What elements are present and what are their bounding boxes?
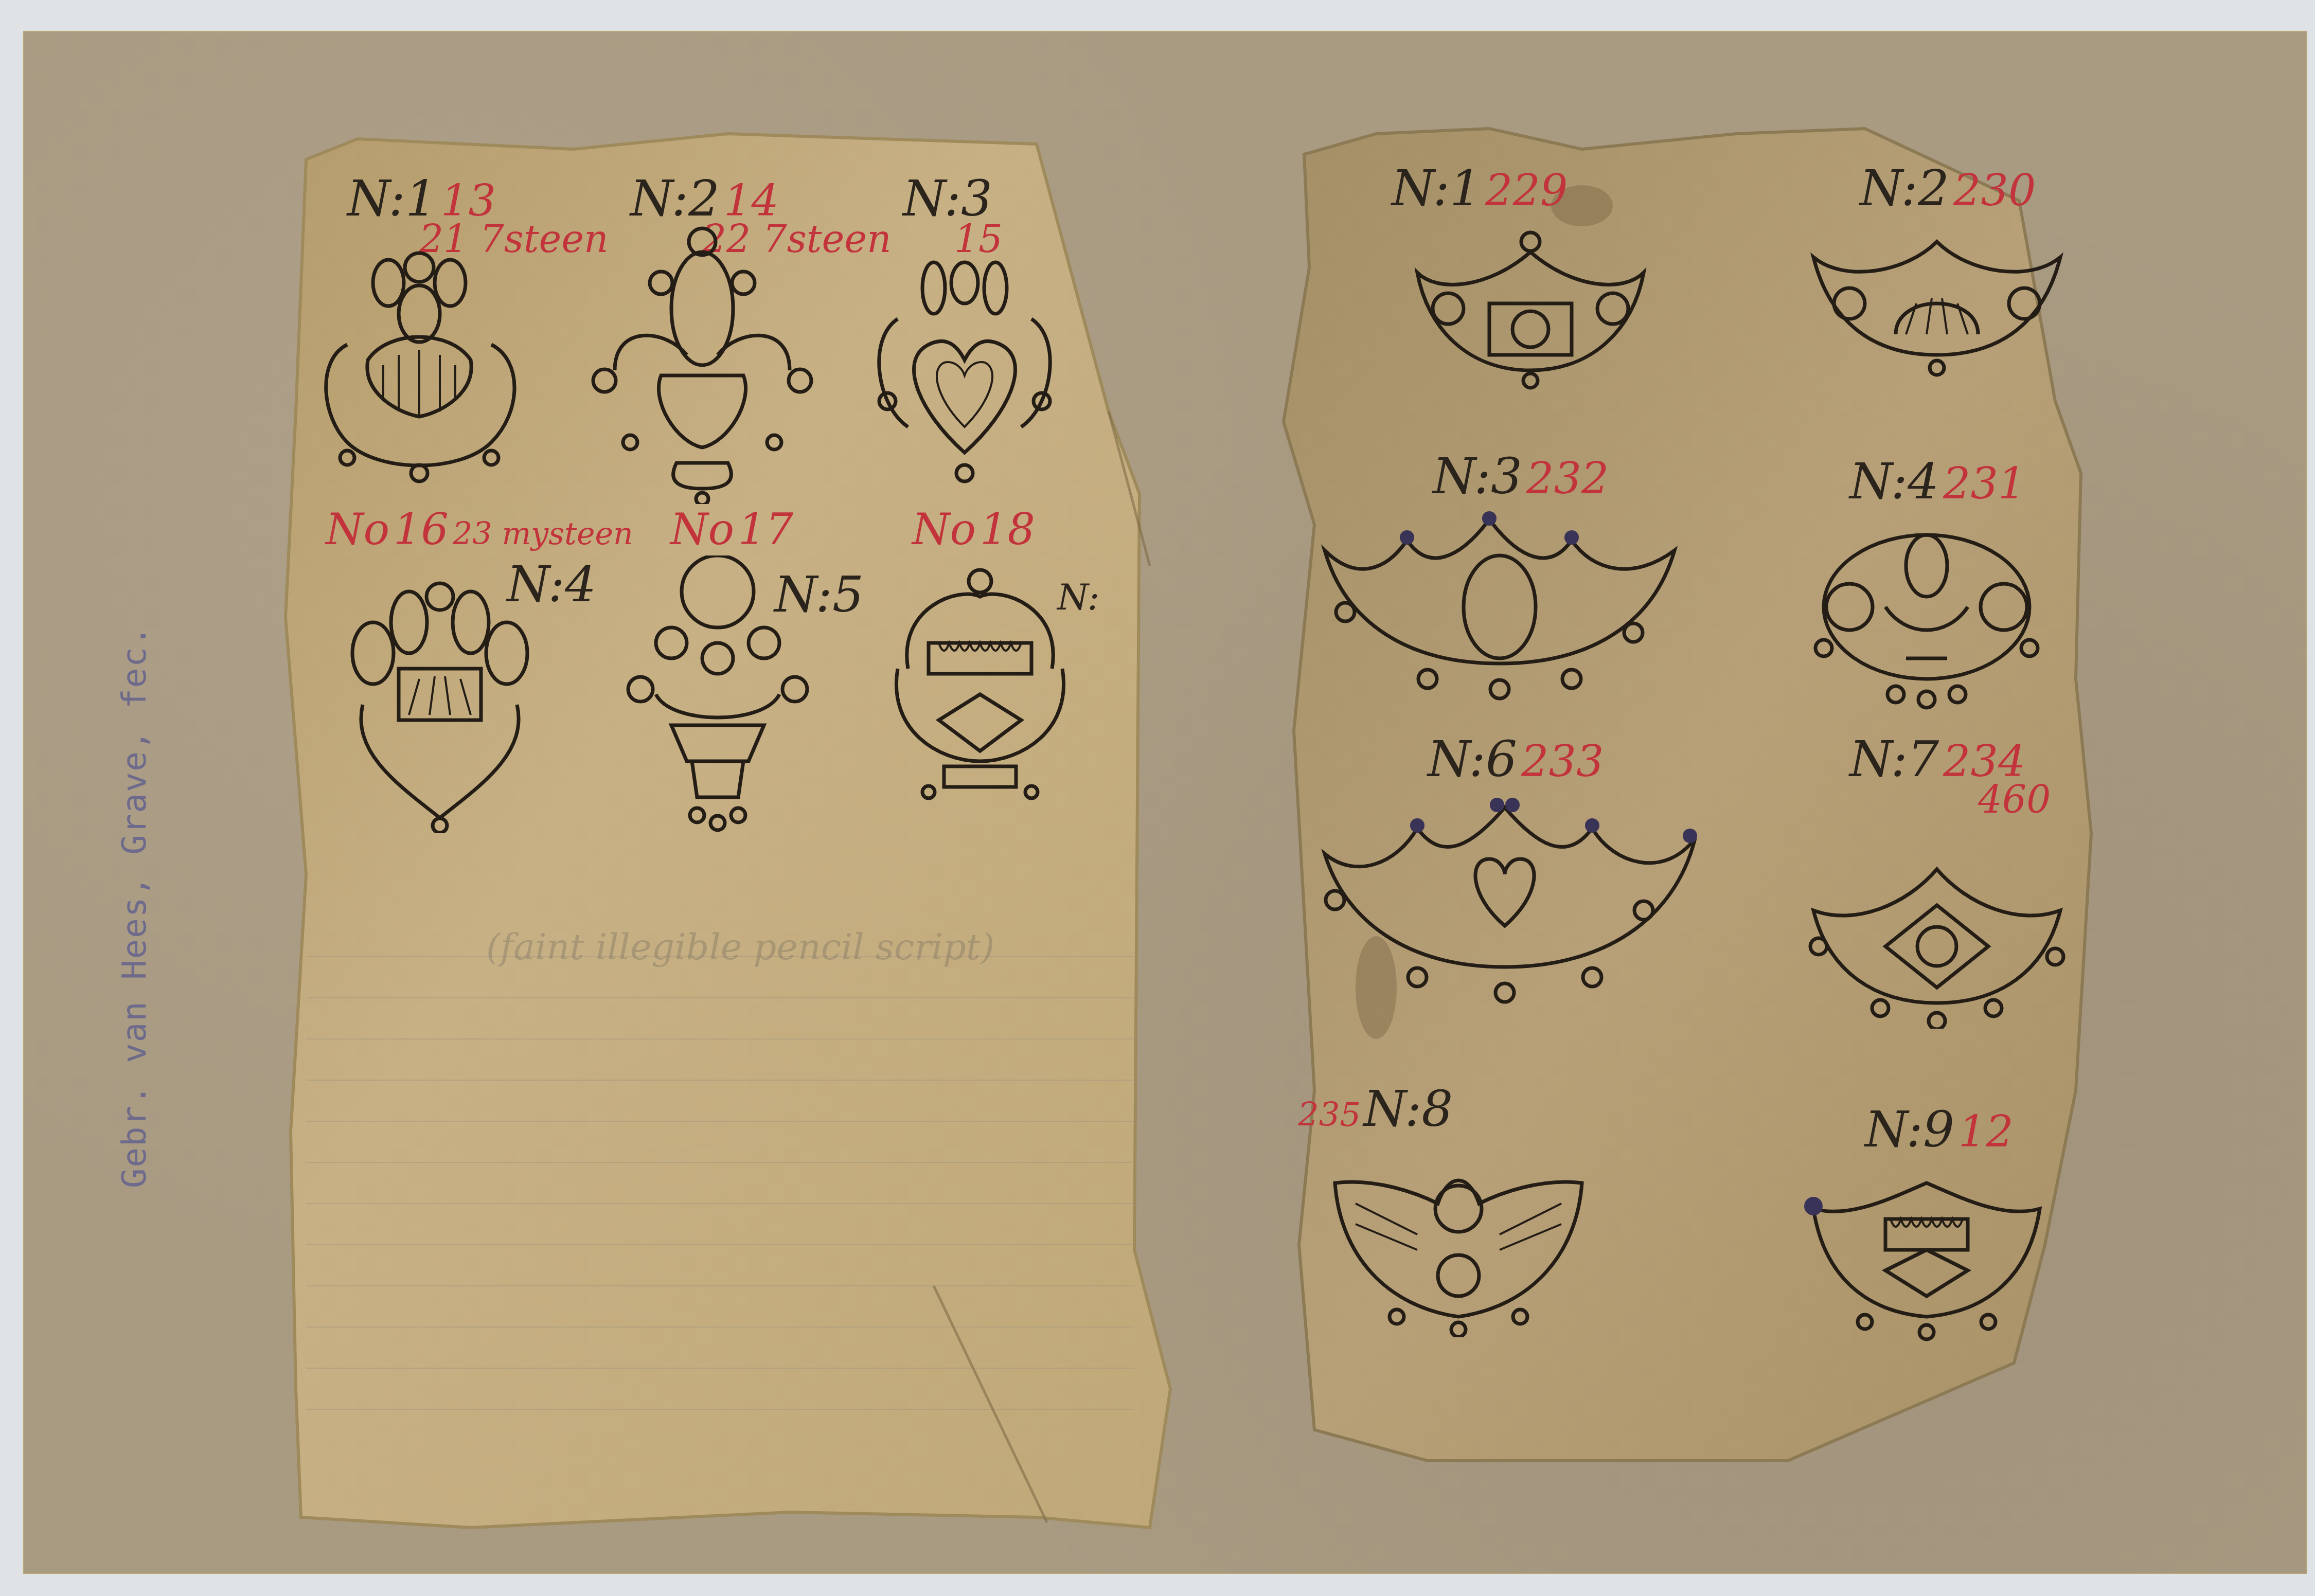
left-sheet: N:113 21 7steen N:214 22 7steen N:3 15 N… xyxy=(265,103,1191,1543)
design-crescent-fan xyxy=(1803,216,2071,381)
design-basket-pendant xyxy=(610,555,826,833)
design-oval-bird xyxy=(1803,525,2050,710)
design-crescent-crown xyxy=(1407,226,1654,391)
item-label: No1623 mysteen xyxy=(322,504,633,554)
design-shell-pendant xyxy=(316,247,532,483)
design-crown-oval xyxy=(1314,509,1685,705)
design-heart-pendant xyxy=(867,257,1062,483)
item-label: N:6233 xyxy=(1428,730,1604,788)
item-label: N:1229 xyxy=(1392,159,1568,217)
maker-stamp: Gebr. van Hees, Grave, fec. xyxy=(116,625,154,1188)
item-label: N:912 xyxy=(1865,1101,2014,1158)
design-tall-pendant xyxy=(584,226,821,504)
item-label: N:3232 xyxy=(1433,447,1609,505)
design-wing-rosette xyxy=(1325,1162,1592,1337)
item-label: N:3 15 xyxy=(903,170,1003,261)
design-fan-pendant xyxy=(332,576,548,833)
item-label: N:4231 xyxy=(1849,453,2025,510)
design-crescent-rosette xyxy=(1803,854,2071,1029)
design-coil-pendant xyxy=(877,566,1083,802)
item-label: 235 N:8 xyxy=(1294,1080,1453,1138)
item-label: No17 xyxy=(666,504,793,554)
design-crown-heart xyxy=(1314,792,1705,1008)
item-label: No18 xyxy=(908,504,1035,554)
item-label: N:7234 460 xyxy=(1849,730,2051,822)
design-coil-crescent xyxy=(1798,1168,2055,1342)
right-sheet: N:1229 N:2230 N:3232 N:4231 N:6233 N:723… xyxy=(1273,113,2148,1502)
pencil-note: (faint illegible pencil script) xyxy=(486,926,994,968)
item-label: N:2230 xyxy=(1860,159,2036,217)
mounting-board: Gebr. van Hees, Grave, fec. xyxy=(23,31,2307,1574)
